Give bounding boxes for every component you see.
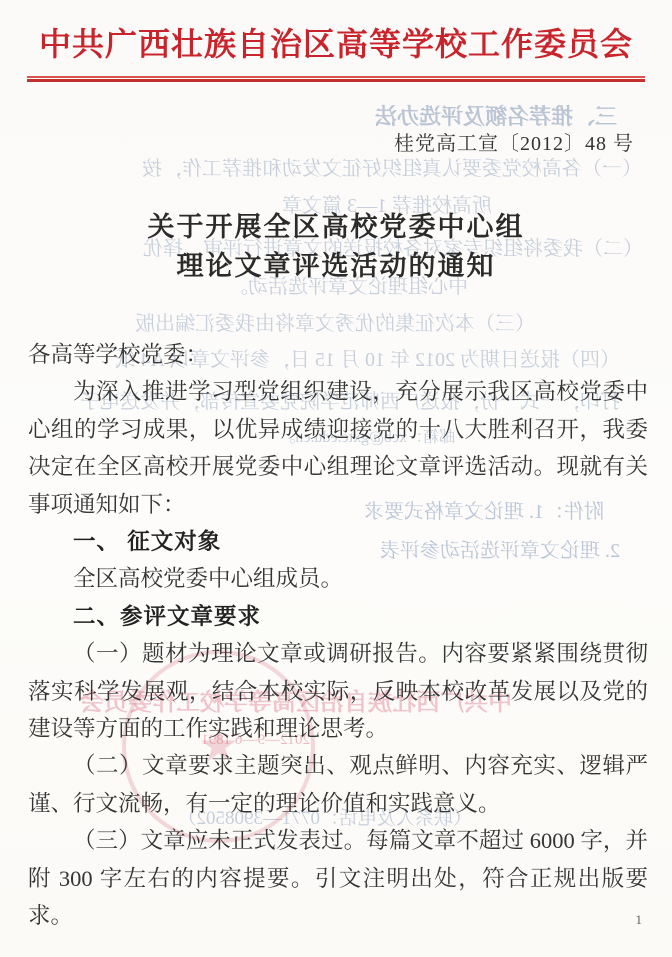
paragraph-requirement-3: （三）文章应未正式发表过。每篇文章不超过 6000 字，并附 300 字左右的内… xyxy=(28,822,648,934)
document-body: 各高等学校党委： 为深入推进学习型党组织建设，充分展示我区高校党委中心组的学习成… xyxy=(28,336,648,935)
section-heading-2: 二、参评文章要求 xyxy=(28,598,648,635)
salutation: 各高等学校党委： xyxy=(28,336,648,373)
red-double-rule xyxy=(27,76,645,82)
document-content: 中共广西壮族自治区高等学校工作委员会 桂党高工宣〔2012〕48 号 关于开展全… xyxy=(0,0,672,935)
rule-thick-line xyxy=(27,79,645,82)
notice-title: 关于开展全区高校党委中心组 理论文章评选活动的通知 xyxy=(0,208,672,286)
paragraph-requirement-1: （一）题材为理论文章或调研报告。内容要紧紧围绕贯彻落实科学发展观，结合本校实际，… xyxy=(28,635,648,747)
paragraph-intro: 为深入推进学习型党组织建设，充分展示我区高校党委中心组的学习成果，以优异成绩迎接… xyxy=(28,373,648,523)
paragraph-eligibility: 全区高校党委中心组成员。 xyxy=(28,560,648,597)
notice-title-line2: 理论文章评选活动的通知 xyxy=(0,247,672,286)
page-number: 1 xyxy=(636,912,643,928)
document-number: 桂党高工宣〔2012〕48 号 xyxy=(0,132,672,156)
scanned-document-page: 三、推荐名额及评选办法 （一）各高校党委要认真组织好征文发动和推荐工作，按 所高… xyxy=(0,0,672,957)
letterhead-title: 中共广西壮族自治区高等学校工作委员会 xyxy=(0,0,672,64)
paragraph-requirement-2: （二）文章要求主题突出、观点鲜明、内容充实、逻辑严谨、行文流畅，有一定的理论价值… xyxy=(28,747,648,822)
section-heading-1: 一、 征文对象 xyxy=(28,523,648,560)
notice-title-line1: 关于开展全区高校党委中心组 xyxy=(0,208,672,247)
